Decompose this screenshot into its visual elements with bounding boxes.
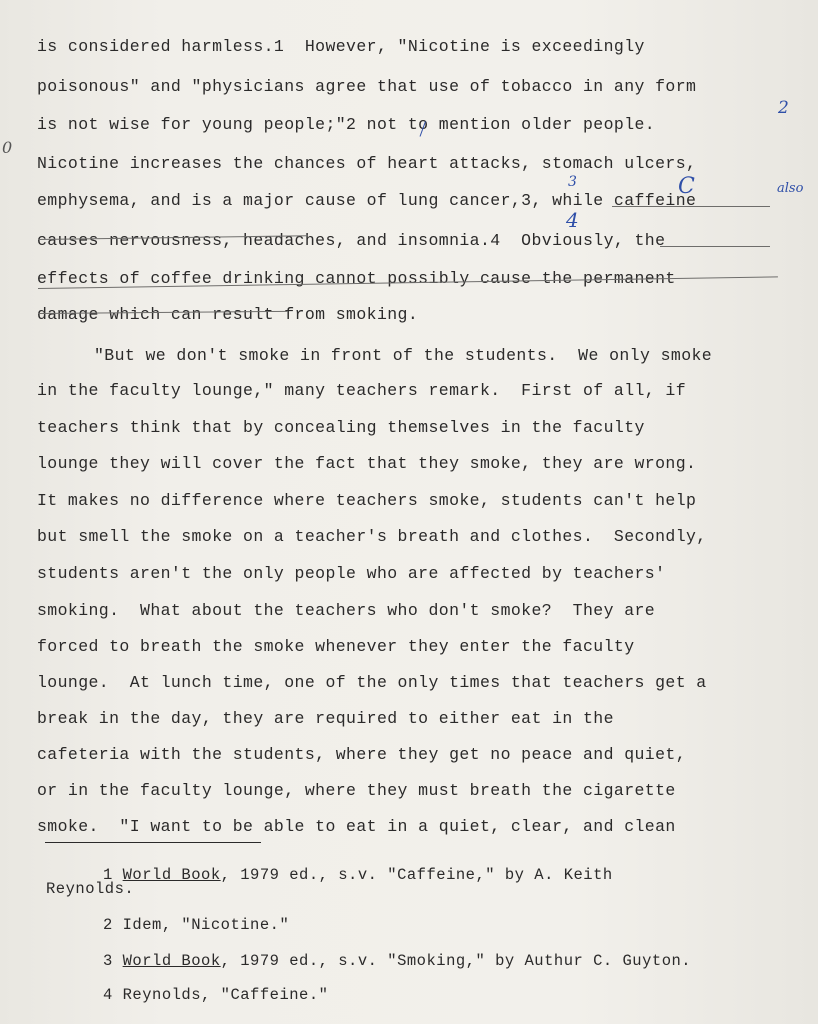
superscript-3-note: 3 <box>568 174 577 190</box>
footnote-2: 2 Idem, "Nicotine." <box>103 916 289 934</box>
margin-note-2: 2 <box>778 98 789 118</box>
footnote-4-text: Reynolds, "Caffeine." <box>123 986 329 1004</box>
body-line-21: or in the faculty lounge, where they mus… <box>37 781 777 801</box>
body-line-11: teachers think that by concealing themse… <box>37 418 777 438</box>
footnote-1: 1 World Book, 1979 ed., s.v. "Caffeine,"… <box>103 866 613 884</box>
footnote-4: 4 Reynolds, "Caffeine." <box>103 986 328 1004</box>
footnote-3: 3 World Book, 1979 ed., s.v. "Smoking," … <box>103 952 691 970</box>
footnote-2-number: 2 <box>103 916 113 934</box>
left-margin-mark: 0 <box>2 138 12 157</box>
footnote-1-text: , 1979 ed., s.v. "Caffeine," by A. Keith <box>221 866 613 884</box>
footnote-3-text: , 1979 ed., s.v. "Smoking," by Authur C.… <box>221 952 691 970</box>
body-line-4: Nicotine increases the chances of heart … <box>37 154 777 174</box>
footnote-3-number: 3 <box>103 952 113 970</box>
body-line-14: but smell the smoke on a teacher's breat… <box>37 527 777 547</box>
body-line-5: emphysema, and is a major cause of lung … <box>37 191 777 211</box>
body-line-10: in the faculty lounge," many teachers re… <box>37 381 777 401</box>
footnote-1-title: World Book <box>123 866 221 884</box>
footnote-separator <box>45 842 261 843</box>
footnote-2-text: Idem, "Nicotine." <box>123 916 290 934</box>
footnote-1-continuation: Reynolds. <box>46 880 134 898</box>
body-line-2: poisonous" and "physicians agree that us… <box>37 77 777 97</box>
body-line-1: is considered harmless.1 However, "Nicot… <box>37 37 777 57</box>
body-line-17: forced to breath the smoke whenever they… <box>37 637 777 657</box>
pencil-strike-obviously <box>660 246 770 247</box>
scanned-page: is considered harmless.1 However, "Nicot… <box>0 0 818 1024</box>
body-line-13: It makes no difference where teachers sm… <box>37 491 777 511</box>
body-line-3: is not wise for young people;"2 not to m… <box>37 115 777 135</box>
body-line-19: break in the day, they are required to e… <box>37 709 777 729</box>
pencil-strike-while-caffeine <box>612 206 770 207</box>
body-line-22: smoke. "I want to be able to eat in a qu… <box>37 817 777 837</box>
footnote-3-title: World Book <box>123 952 221 970</box>
body-line-8: damage which can result from smoking. <box>37 305 777 325</box>
body-line-16: smoking. What about the teachers who don… <box>37 601 777 621</box>
also-note: also <box>777 181 803 196</box>
body-line-6: causes nervousness, headaches, and insom… <box>37 231 777 251</box>
footnote-4-number: 4 <box>103 986 113 1004</box>
body-line-12: lounge they will cover the fact that the… <box>37 454 777 474</box>
body-line-9: "But we don't smoke in front of the stud… <box>37 346 774 366</box>
body-line-20: cafeteria with the students, where they … <box>37 745 777 765</box>
body-line-15: students aren't the only people who are … <box>37 564 777 584</box>
superscript-4-note: 4 <box>566 208 579 232</box>
body-line-18: lounge. At lunch time, one of the only t… <box>37 673 777 693</box>
capital-c-correction: C <box>678 174 695 199</box>
